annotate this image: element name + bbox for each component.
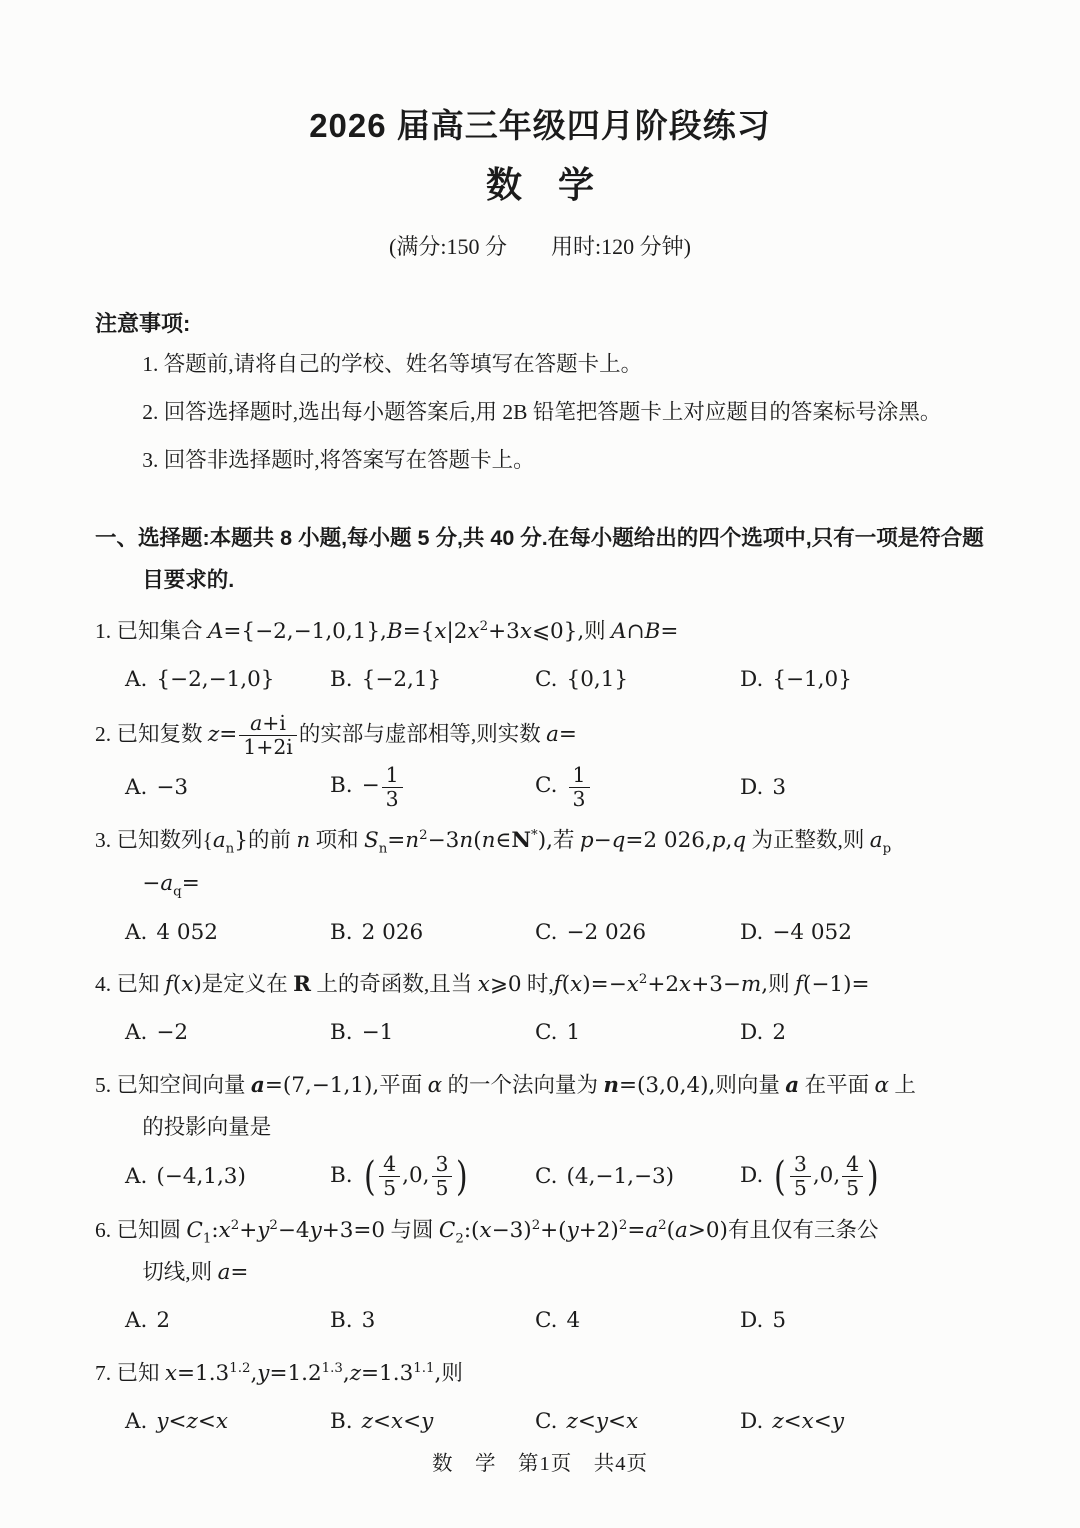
option-label: A. — [125, 1164, 147, 1189]
option-content: z<x<y — [772, 1409, 844, 1433]
question-3-option-d: D.−4 052 — [740, 920, 985, 945]
option-label: B. — [330, 667, 353, 692]
option-content: 13 — [567, 773, 592, 797]
option-content: 5 — [772, 1308, 786, 1332]
question-1-option-b: B.{−2,1} — [330, 667, 535, 692]
question-1: 1. 已知集合 A={−2,−1,0,1},B={x|2x2+3x⩽0},则 A… — [95, 611, 985, 703]
exam-meta: (满分:150 分 用时:120 分钟) — [95, 230, 985, 261]
option-content: z<x<y — [362, 1409, 434, 1433]
option-label: D. — [740, 667, 763, 692]
option-content: (4,−1,−3) — [567, 1164, 675, 1188]
option-content: 2 — [772, 1020, 786, 1044]
question-5-option-b: B.(45,0,35) — [330, 1153, 535, 1201]
option-label: C. — [535, 773, 558, 798]
section-heading: 一、选择题:本题共 8 小题,每小题 5 分,共 40 分.在每小题给出的四个选… — [95, 518, 985, 602]
option-label: B. — [330, 773, 353, 798]
option-content: −4 052 — [772, 920, 852, 944]
option-label: B. — [330, 1308, 353, 1333]
question-6-options: A.2 B.3 C.4 D.5 — [125, 1298, 985, 1344]
question-5-option-d: D.(35,0,45) — [740, 1153, 985, 1201]
question-7-options: A.y<z<x B.z<x<y C.z<y<x D.z<x<y — [125, 1399, 985, 1445]
option-content: {−2,−1,0} — [156, 667, 274, 691]
question-1-stem: 1. 已知集合 A={−2,−1,0,1},B={x|2x2+3x⩽0},则 A… — [95, 611, 985, 653]
option-content: {−2,1} — [362, 667, 442, 691]
question-6-stem: 6. 已知圆 C1:x2+y2−4y+3=0 与圆 C2:(x−3)2+(y+2… — [95, 1210, 985, 1294]
question-7-option-d: D.z<x<y — [740, 1409, 985, 1434]
question-7: 7. 已知 x=1.31.2,y=1.21.3,z=1.31.1,则 A.y<z… — [95, 1353, 985, 1445]
question-4-stem: 4. 已知 f(x)是定义在 R 上的奇函数,且当 x⩾0 时,f(x)=−x2… — [95, 964, 985, 1006]
question-5: 5. 已知空间向量 a=(7,−1,1),平面 α 的一个法向量为 n=(3,0… — [95, 1065, 985, 1201]
question-7-stem: 7. 已知 x=1.31.2,y=1.21.3,z=1.31.1,则 — [95, 1353, 985, 1395]
question-1-option-a: A.{−2,−1,0} — [125, 667, 330, 692]
question-4-option-c: C.1 — [535, 1020, 740, 1045]
option-label: A. — [125, 1308, 147, 1333]
question-7-option-a: A.y<z<x — [125, 1409, 330, 1434]
option-label: D. — [740, 1163, 763, 1188]
question-1-option-c: C.{0,1} — [535, 667, 740, 692]
question-5-stem: 5. 已知空间向量 a=(7,−1,1),平面 α 的一个法向量为 n=(3,0… — [95, 1065, 985, 1149]
question-5-option-a: A.(−4,1,3) — [125, 1164, 330, 1189]
option-label: D. — [740, 1020, 763, 1045]
question-1-option-d: D.{−1,0} — [740, 667, 985, 692]
option-label: A. — [125, 667, 147, 692]
option-label: C. — [535, 1020, 558, 1045]
question-4: 4. 已知 f(x)是定义在 R 上的奇函数,且当 x⩾0 时,f(x)=−x2… — [95, 964, 985, 1056]
question-3-option-a: A.4 052 — [125, 920, 330, 945]
question-6-option-b: B.3 — [330, 1308, 535, 1333]
option-label: A. — [125, 1409, 147, 1434]
page-title: 2026 届高三年级四月阶段练习 — [95, 100, 985, 147]
question-6-option-c: C.4 — [535, 1308, 740, 1333]
option-content: (−4,1,3) — [156, 1164, 246, 1188]
notice-heading: 注意事项: — [95, 307, 985, 338]
question-4-option-a: A.−2 — [125, 1020, 330, 1045]
option-label: C. — [535, 1164, 558, 1189]
option-label: A. — [125, 775, 147, 800]
option-content: 2 026 — [362, 920, 424, 944]
option-label: C. — [535, 920, 558, 945]
page-footer: 数 学 第1页 共4页 — [0, 1446, 1080, 1476]
option-content: z<y<x — [567, 1409, 639, 1433]
question-4-option-b: B.−1 — [330, 1020, 535, 1045]
question-3-option-c: C.−2 026 — [535, 920, 740, 945]
option-label: A. — [125, 920, 147, 945]
option-content: (45,0,35) — [362, 1163, 470, 1187]
option-label: B. — [330, 1020, 353, 1045]
question-3-stem: 3. 已知数列{an}的前 n 项和 Sn=n2−3n(n∈N*),若 p−q=… — [95, 820, 985, 905]
question-2-option-c: C.13 — [535, 764, 740, 812]
option-content: 1 — [567, 1020, 581, 1044]
question-6: 6. 已知圆 C1:x2+y2−4y+3=0 与圆 C2:(x−3)2+(y+2… — [95, 1210, 985, 1344]
question-2-option-a: A.−3 — [125, 775, 330, 800]
question-2-stem: 2. 已知复数 z=a+i1+2i的实部与虚部相等,则实数 a= — [95, 712, 985, 760]
exam-page: 2026 届高三年级四月阶段练习 数 学 (满分:150 分 用时:120 分钟… — [0, 100, 1080, 1445]
question-7-option-b: B.z<x<y — [330, 1409, 535, 1434]
option-label: B. — [330, 1163, 353, 1188]
option-label: A. — [125, 1020, 147, 1045]
option-content: 2 — [156, 1308, 170, 1332]
option-content: −2 — [156, 1020, 188, 1044]
option-label: C. — [535, 1409, 558, 1434]
question-5-options: A.(−4,1,3) B.(45,0,35) C.(4,−1,−3) D.(35… — [125, 1153, 985, 1201]
option-content: {−1,0} — [772, 667, 852, 691]
notice-section: 注意事项: 1. 答题前,请将自己的学校、姓名等填写在答题卡上。 2. 回答选择… — [95, 307, 985, 482]
option-label: B. — [330, 920, 353, 945]
option-content: y<z<x — [156, 1409, 228, 1433]
question-4-option-d: D.2 — [740, 1020, 985, 1045]
option-content: −1 — [362, 1020, 394, 1044]
option-content: 3 — [362, 1308, 376, 1332]
option-label: C. — [535, 1308, 558, 1333]
option-content: 3 — [772, 775, 786, 799]
notice-item-3: 3. 回答非选择题时,将答案写在答题卡上。 — [95, 440, 985, 482]
question-3: 3. 已知数列{an}的前 n 项和 Sn=n2−3n(n∈N*),若 p−q=… — [95, 820, 985, 955]
notice-item-1: 1. 答题前,请将自己的学校、姓名等填写在答题卡上。 — [95, 344, 985, 386]
option-content: 4 052 — [156, 920, 218, 944]
option-label: D. — [740, 1308, 763, 1333]
question-1-options: A.{−2,−1,0} B.{−2,1} C.{0,1} D.{−1,0} — [125, 657, 985, 703]
option-label: D. — [740, 920, 763, 945]
option-label: D. — [740, 1409, 763, 1434]
question-6-option-d: D.5 — [740, 1308, 985, 1333]
question-2-option-b: B.−13 — [330, 764, 535, 812]
question-5-option-c: C.(4,−1,−3) — [535, 1164, 740, 1189]
question-2-option-d: D.3 — [740, 775, 985, 800]
option-content: −13 — [362, 773, 405, 797]
option-content: −2 026 — [567, 920, 647, 944]
option-content: (35,0,45) — [772, 1163, 880, 1187]
option-content: −3 — [156, 775, 188, 799]
question-4-options: A.−2 B.−1 C.1 D.2 — [125, 1010, 985, 1056]
option-content: 4 — [567, 1308, 581, 1332]
question-7-option-c: C.z<y<x — [535, 1409, 740, 1434]
subject-title: 数 学 — [95, 157, 985, 208]
question-3-option-b: B.2 026 — [330, 920, 535, 945]
question-2: 2. 已知复数 z=a+i1+2i的实部与虚部相等,则实数 a= A.−3 B.… — [95, 712, 985, 812]
question-2-options: A.−3 B.−13 C.13 D.3 — [125, 764, 985, 812]
option-label: B. — [330, 1409, 353, 1434]
question-3-options: A.4 052 B.2 026 C.−2 026 D.−4 052 — [125, 909, 985, 955]
question-6-option-a: A.2 — [125, 1308, 330, 1333]
option-content: {0,1} — [567, 667, 629, 691]
option-label: D. — [740, 775, 763, 800]
option-label: C. — [535, 667, 558, 692]
notice-item-2: 2. 回答选择题时,选出每小题答案后,用 2B 铅笔把答题卡上对应题目的答案标号… — [95, 392, 985, 434]
